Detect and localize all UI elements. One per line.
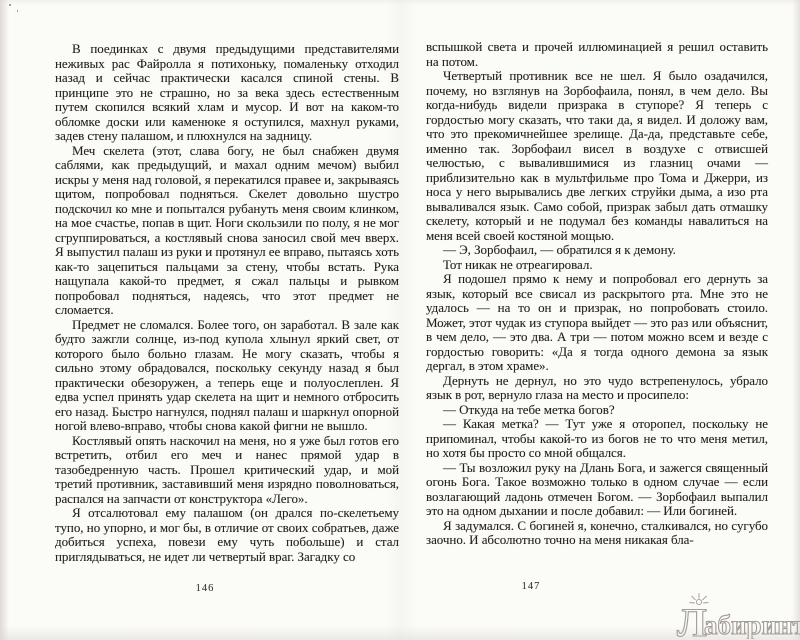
paragraph: Предмет не сломался. Более того, он зара… — [55, 318, 399, 434]
paragraph: Тот никак не отреагировал. — [426, 258, 768, 273]
paragraph: Меч скелета (этот, слава богу, не был сн… — [55, 144, 399, 318]
right-page-text: вспышкой света и прочей иллюминацией я р… — [426, 40, 768, 548]
paragraph: — Э, Зорбофаил, — обратился я к демону. — [426, 243, 768, 258]
book-spread: В поединках с двумя предыдущими представ… — [0, 0, 800, 640]
paragraph: Я задумался. С богиней я, конечно, сталк… — [426, 519, 768, 548]
paragraph: — Какая метка? — Тут уже я оторопел, пос… — [426, 417, 768, 461]
watermark-initial: Л — [677, 600, 707, 639]
paragraph: — Откуда на тебе метка богов? — [426, 403, 768, 418]
scan-speck — [17, 10, 18, 12]
paragraph: вспышкой света и прочей иллюминацией я р… — [426, 40, 768, 69]
left-page-text: В поединках с двумя предыдущими представ… — [55, 42, 399, 564]
paragraph: Я подошел прямо к нему и попробовал его … — [426, 272, 768, 374]
paragraph: В поединках с двумя предыдущими представ… — [55, 42, 399, 144]
page-number-right: 147 — [509, 581, 553, 592]
watermark-text: абиринт — [704, 610, 800, 639]
paragraph: — Ты возложил руку на Длань Бога, и заже… — [426, 461, 768, 519]
paragraph: Костлявый опять наскочил на меня, но я у… — [55, 434, 399, 507]
scan-speck — [9, 4, 11, 6]
paragraph: Четвертый противник все не шел. Я было о… — [426, 69, 768, 243]
page-number-left: 146 — [183, 583, 227, 594]
paragraph: Дернуть не дернул, но это чудо встрепену… — [426, 374, 768, 403]
labirint-watermark: Л абиринт — [676, 591, 800, 639]
paragraph: Я отсалютовал ему палашом (он дрался по-… — [55, 506, 399, 564]
